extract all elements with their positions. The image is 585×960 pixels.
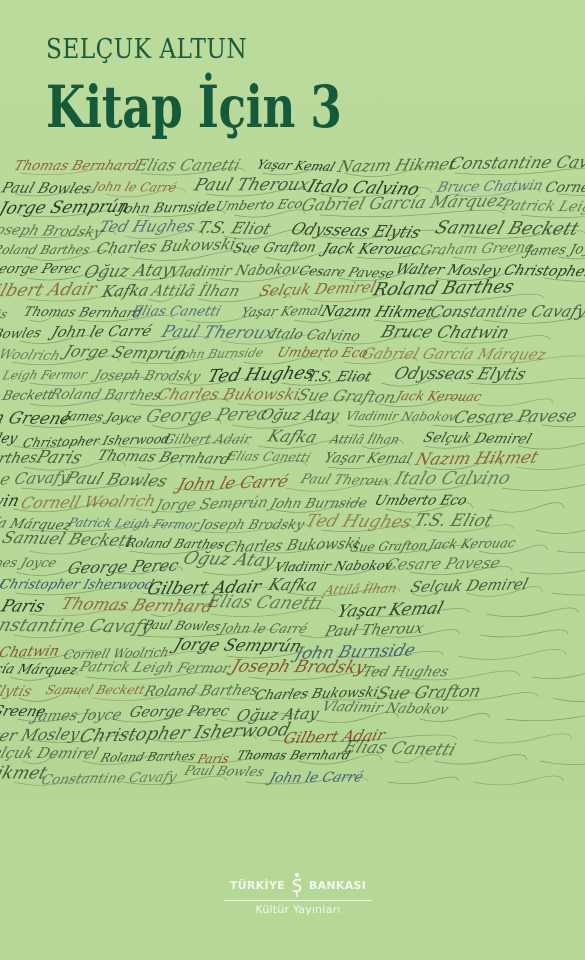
svg-text:Roland Barthes: Roland Barthes	[98, 749, 197, 765]
svg-text:Samuel Beckett: Samuel Beckett	[432, 218, 582, 240]
svg-text:Paris: Paris	[0, 597, 48, 617]
svg-text:Patrick Leigh Fermor: Patrick Leigh Fermor	[499, 196, 585, 216]
handwritten-names-background: Thomas BernhardElias CanettiYaşar KemalN…	[0, 150, 585, 960]
svg-text:Roland Barthes: Roland Barthes	[370, 277, 516, 301]
svg-text:Jack Kerouac: Jack Kerouac	[424, 536, 518, 553]
svg-text:Constantine Cavafy: Constantine Cavafy	[428, 302, 585, 321]
publisher-name-left: TÜRKİYE	[230, 879, 285, 892]
svg-text:Sue Grafton: Sue Grafton	[231, 240, 318, 257]
svg-text:Elias Canetti: Elias Canetti	[204, 591, 326, 614]
svg-text:Patrick Leigh Fermor: Patrick Leigh Fermor	[0, 367, 90, 383]
svg-text:Jorge Semprún: Jorge Semprún	[169, 634, 305, 655]
svg-text:Sue Grafton: Sue Grafton	[295, 386, 398, 407]
svg-text:Kafka: Kafka	[265, 575, 319, 594]
svg-text:Bruce Chatwin: Bruce Chatwin	[378, 323, 512, 343]
svg-text:Christopher Isherwood: Christopher Isherwood	[0, 578, 156, 593]
svg-text:Paul Bowles: Paul Bowles	[141, 617, 223, 634]
svg-text:Vladimir Nabokov: Vladimir Nabokov	[320, 699, 451, 718]
svg-text:Nazım Hikmet: Nazım Hikmet	[412, 448, 541, 470]
svg-text:Paul Theroux: Paul Theroux	[298, 471, 394, 489]
svg-text:James Joyce: James Joyce	[59, 409, 144, 426]
svg-text:Oğuz Atay: Oğuz Atay	[258, 406, 341, 424]
svg-text:Charles Bukowski: Charles Bukowski	[95, 235, 238, 257]
svg-text:Constantine Cavafy: Constantine Cavafy	[0, 615, 156, 637]
svg-text:Thomas Bernhard: Thomas Bernhard	[235, 748, 352, 763]
svg-text:George Perec: George Perec	[0, 261, 83, 277]
svg-text:Samuel Beckett: Samuel Beckett	[44, 683, 148, 698]
svg-text:Italo Calvino: Italo Calvino	[391, 468, 513, 489]
svg-text:Yaşar Kemal: Yaşar Kemal	[255, 157, 337, 174]
svg-text:Charles Bukowski: Charles Bukowski	[155, 385, 302, 404]
svg-text:Joseph Brodsky: Joseph Brodsky	[194, 517, 307, 533]
svg-text:Graham Greene: Graham Greene	[0, 407, 74, 428]
svg-text:Paul Bowles: Paul Bowles	[0, 180, 94, 197]
svg-text:Jack Kerouac: Jack Kerouac	[318, 240, 424, 258]
svg-text:Umberto Eco: Umberto Eco	[214, 197, 305, 214]
svg-text:Jorge Semprún: Jorge Semprún	[0, 197, 132, 219]
svg-text:George Perec: George Perec	[66, 556, 181, 578]
svg-text:Cesare Pavese: Cesare Pavese	[451, 407, 579, 428]
svg-text:T.S. Eliot: T.S. Eliot	[412, 511, 496, 531]
svg-text:Gilbert Adair: Gilbert Adair	[0, 280, 100, 302]
svg-text:Ted Hughes: Ted Hughes	[303, 512, 414, 533]
svg-text:John Burnside: John Burnside	[114, 199, 218, 217]
svg-text:Selçuk Demirel: Selçuk Demirel	[257, 278, 378, 300]
svg-text:James Joyce: James Joyce	[0, 556, 59, 571]
svg-text:Sue Grafton: Sue Grafton	[349, 538, 429, 555]
svg-text:Thomas Bernhard: Thomas Bernhard	[95, 446, 233, 467]
svg-text:Ted Hughes: Ted Hughes	[205, 363, 317, 387]
svg-text:Yaşar Kemal: Yaşar Kemal	[335, 599, 446, 622]
svg-text:John le Carré: John le Carré	[88, 179, 179, 195]
svg-text:Elias Canetti: Elias Canetti	[132, 156, 243, 175]
svg-text:John le Carré: John le Carré	[264, 770, 365, 787]
svg-text:Christopher Isherwood: Christopher Isherwood	[77, 720, 293, 748]
svg-text:Samuel Beckett: Samuel Beckett	[0, 528, 136, 550]
svg-text:Odysseas Elytis: Odysseas Elytis	[0, 681, 35, 700]
svg-text:Yaşar Kemal: Yaşar Kemal	[239, 304, 324, 321]
svg-text:Paul Bowles: Paul Bowles	[0, 325, 43, 343]
svg-text:Constantine Cavafy: Constantine Cavafy	[447, 153, 585, 174]
svg-text:Oğuz Atay: Oğuz Atay	[180, 548, 279, 571]
svg-text:Gabriel García Márquez: Gabriel García Márquez	[359, 345, 549, 363]
svg-text:Walter Mosley: Walter Mosley	[0, 431, 20, 448]
svg-text:Constantine Cavafy: Constantine Cavafy	[0, 468, 73, 492]
svg-text:Jorge Semprún: Jorge Semprún	[151, 493, 271, 514]
svg-text:Ted Hughes: Ted Hughes	[97, 216, 197, 235]
svg-text:Gabriel García Márquez: Gabriel García Márquez	[0, 661, 80, 678]
author-name: SELÇUK ALTUN	[46, 34, 247, 65]
svg-text:Italo Calvino: Italo Calvino	[267, 327, 362, 345]
svg-text:John le Carré: John le Carré	[46, 322, 154, 341]
svg-text:T.S. Eliot: T.S. Eliot	[305, 369, 374, 385]
publisher-logo: TÜRKİYE BANKASI Kültür Yayınları	[218, 872, 378, 916]
svg-text:Roland Barthes: Roland Barthes	[141, 681, 261, 700]
svg-text:Walter Mosley: Walter Mosley	[0, 724, 83, 745]
svg-text:Gilbert Adair: Gilbert Adair	[162, 433, 254, 448]
svg-text:Umberto Eco: Umberto Eco	[373, 493, 469, 509]
svg-text:George Perec: George Perec	[143, 404, 269, 427]
svg-text:Elias Canetti: Elias Canetti	[224, 449, 313, 465]
svg-text:George Perec: George Perec	[128, 703, 232, 721]
svg-text:John le Carré: John le Carré	[172, 471, 291, 494]
svg-text:Yaşar Kemal: Yaşar Kemal	[322, 451, 414, 467]
svg-text:Paris: Paris	[0, 306, 10, 321]
svg-text:Attilâ İlhan: Attilâ İlhan	[147, 280, 243, 300]
svg-text:Thomas Bernhard: Thomas Bernhard	[22, 305, 144, 321]
svg-text:Patrick Leigh Fermor: Patrick Leigh Fermor	[76, 659, 233, 676]
publisher-name-right: BANKASI	[309, 879, 366, 892]
svg-text:Bruce Chatwin: Bruce Chatwin	[0, 644, 61, 663]
svg-text:Paul Theroux: Paul Theroux	[158, 322, 278, 343]
svg-text:Selçuk Demirel: Selçuk Demirel	[421, 430, 533, 447]
publisher-subtitle: Kültür Yayınları	[218, 903, 378, 916]
svg-text:Vladimir Nabokov: Vladimir Nabokov	[344, 409, 458, 424]
svg-text:Kafka: Kafka	[264, 426, 320, 447]
svg-text:Cornell Woolrich: Cornell Woolrich	[543, 179, 585, 196]
svg-text:Gabriel García Márquez: Gabriel García Márquez	[299, 191, 510, 215]
svg-text:Selçuk Demirel: Selçuk Demirel	[409, 575, 531, 596]
svg-text:Joseph Brodsky: Joseph Brodsky	[226, 657, 370, 678]
svg-text:Thomas Bernhard: Thomas Bernhard	[59, 595, 217, 618]
svg-text:Elias Canetti: Elias Canetti	[340, 738, 459, 761]
svg-text:Jorge Semprún: Jorge Semprún	[59, 342, 189, 363]
is-bankasi-logo-icon	[289, 872, 305, 898]
svg-text:Nazım Hikmet: Nazım Hikmet	[335, 155, 459, 176]
svg-text:Selçuk Demirel: Selçuk Demirel	[0, 744, 101, 763]
svg-text:Attilâ İlhan: Attilâ İlhan	[321, 580, 398, 598]
svg-text:Umberto Eco: Umberto Eco	[275, 345, 370, 361]
svg-text:Joseph Brodsky: Joseph Brodsky	[89, 368, 202, 385]
svg-text:Vladimir Nabokov: Vladimir Nabokov	[168, 262, 302, 281]
svg-text:Jack Kerouac: Jack Kerouac	[391, 389, 484, 404]
svg-text:Odysseas Elytis: Odysseas Elytis	[392, 363, 529, 383]
svg-text:Paul Bowles: Paul Bowles	[181, 764, 266, 780]
svg-text:James Joyce: James Joyce	[28, 706, 125, 725]
book-title: Kitap İçin 3	[46, 78, 341, 136]
svg-text:John Burnside: John Burnside	[172, 346, 265, 362]
svg-text:Paris: Paris	[33, 447, 85, 468]
svg-text:Vladimir Nabokov: Vladimir Nabokov	[273, 559, 395, 576]
svg-text:Ted Hughes: Ted Hughes	[360, 664, 450, 680]
svg-text:Roland Barthes: Roland Barthes	[47, 387, 163, 404]
publisher-divider	[224, 900, 372, 901]
svg-text:Attilâ İlhan: Attilâ İlhan	[327, 431, 402, 447]
svg-text:Paul Theroux: Paul Theroux	[191, 175, 312, 195]
svg-text:James Joyce: James Joyce	[520, 241, 585, 260]
svg-text:Paul Theroux: Paul Theroux	[322, 619, 426, 640]
svg-text:Cornell Woolrich: Cornell Woolrich	[0, 345, 62, 364]
svg-text:Constantine Cavafy: Constantine Cavafy	[39, 769, 179, 788]
svg-text:Cesare Pavese: Cesare Pavese	[384, 553, 503, 573]
svg-text:Graham Greene: Graham Greene	[418, 240, 536, 259]
svg-text:Paul Bowles: Paul Bowles	[62, 468, 171, 491]
svg-text:Elias Canetti: Elias Canetti	[129, 304, 223, 320]
svg-text:Kafka: Kafka	[99, 281, 151, 301]
svg-text:John Burnside: John Burnside	[265, 496, 369, 512]
svg-text:Roland Barthes: Roland Barthes	[0, 242, 92, 257]
svg-text:Nazım Hikmet: Nazım Hikmet	[318, 302, 436, 321]
